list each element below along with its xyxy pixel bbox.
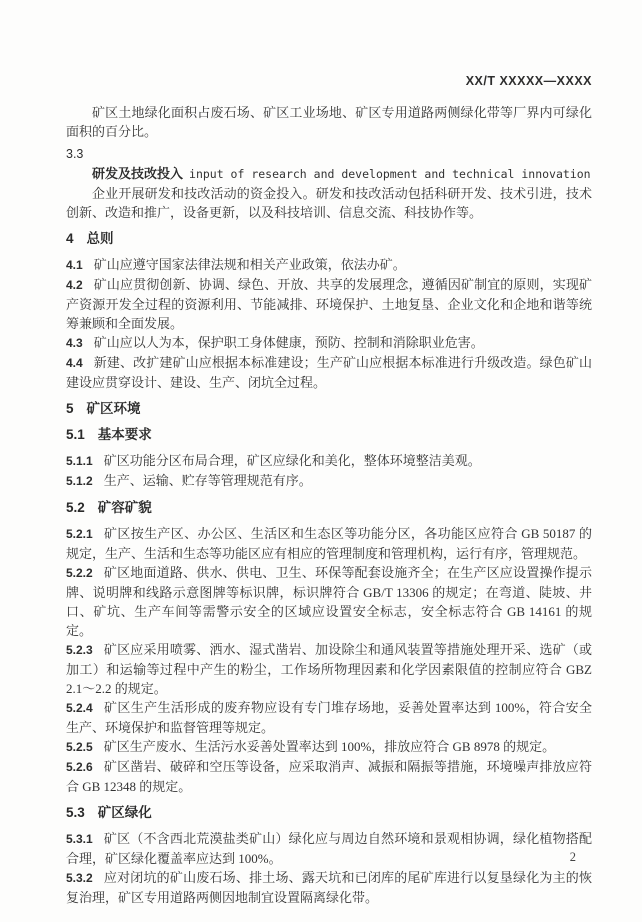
clause-number: 5.1.2 bbox=[66, 474, 93, 488]
definition-continuation-paragraph: 矿区土地绿化面积占废石场、矿区工业场地、矿区专用道路两侧绿化带等厂界内可绿化面积… bbox=[66, 103, 592, 141]
clause-text: 矿区功能分区布局合理，矿区应绿化和美化，整体环境整洁美观。 bbox=[104, 453, 481, 468]
subsection-title: 矿区绿化 bbox=[98, 805, 152, 820]
section-title: 总则 bbox=[87, 231, 114, 246]
subsection-number: 5.2 bbox=[66, 500, 85, 515]
clause-number: 5.2.4 bbox=[66, 701, 93, 715]
term-english: input of research and development and te… bbox=[189, 167, 591, 181]
clause-text: 矿区生产废水、生活污水妥善处置率达到 100%，排放应符合 GB 8978 的规… bbox=[104, 739, 555, 754]
section-heading-5: 5矿区环境 bbox=[66, 399, 592, 418]
clause-text: 矿区应采用喷雾、洒水、湿式凿岩、加设除尘和通风装置等措施处理开采、选矿（或加工）… bbox=[66, 642, 592, 696]
section-number: 4 bbox=[66, 231, 74, 246]
subsection-number: 5.1 bbox=[66, 427, 85, 442]
clause-text: 矿山应贯彻创新、协调、绿色、开放、共享的发展理念，遵循因矿制宜的原则，实现矿产资… bbox=[66, 277, 592, 331]
term-definition-paragraph: 企业开展研发和技改活动的资金投入。研发和技改活动包括科研开发、技术引进，技术创新… bbox=[66, 184, 592, 222]
subsection-heading-5-3: 5.3矿区绿化 bbox=[66, 803, 592, 822]
clause-5-2-2: 5.2.2矿区地面道路、供水、供电、卫生、环保等配套设施齐全；在生产区应设置操作… bbox=[66, 563, 592, 640]
subsection-title: 基本要求 bbox=[98, 427, 152, 442]
clause-5-3-2: 5.3.2应对闭坑的矿山废石场、排土场、露天坑和已闭库的尾矿库进行以复垦绿化为主… bbox=[66, 868, 592, 907]
clause-text: 矿区凿岩、破碎和空压等设备，应采取消声、减振和隔振等措施，环境噪声排放应符合 G… bbox=[66, 759, 592, 794]
clause-4-4: 4.4新建、改扩建矿山应根据本标准建设；生产矿山应根据本标准进行升级改造。绿色矿… bbox=[66, 353, 592, 392]
clause-text: 矿山应以人为本，保护职工身体健康，预防、控制和消除职业危害。 bbox=[94, 335, 484, 350]
clause-text: 矿区（不含西北荒漠盐类矿山）绿化应与周边自然环境和景观相协调，绿化植物搭配合理，… bbox=[66, 831, 592, 866]
clause-number: 5.2.2 bbox=[66, 566, 93, 580]
clause-number: 5.1.1 bbox=[66, 454, 93, 468]
clause-number: 4.1 bbox=[66, 258, 83, 272]
term-heading-3-3: 研发及技改投入input of research and development… bbox=[66, 164, 592, 184]
clause-number: 5.2.5 bbox=[66, 740, 93, 754]
clause-number: 4.2 bbox=[66, 278, 83, 292]
subsection-number: 5.3 bbox=[66, 805, 85, 820]
clause-text: 矿区地面道路、供水、供电、卫生、环保等配套设施齐全；在生产区应设置操作提示牌、说… bbox=[66, 565, 592, 638]
clause-4-3: 4.3矿山应以人为本，保护职工身体健康，预防、控制和消除职业危害。 bbox=[66, 333, 592, 353]
subsection-heading-5-1: 5.1基本要求 bbox=[66, 425, 592, 444]
clause-5-2-4: 5.2.4矿区生产生活形成的废弃物应设有专门堆存场地，妥善处置率达到 100%，… bbox=[66, 698, 592, 737]
subsection-title: 矿容矿貌 bbox=[98, 500, 152, 515]
clause-number: 5.3.1 bbox=[66, 832, 93, 846]
clause-number: 4.4 bbox=[66, 356, 83, 370]
clause-5-2-5: 5.2.5矿区生产废水、生活污水妥善处置率达到 100%，排放应符合 GB 89… bbox=[66, 737, 592, 757]
document-page: XX/T XXXXX—XXXX 矿区土地绿化面积占废石场、矿区工业场地、矿区专用… bbox=[0, 0, 642, 922]
clause-5-1-1: 5.1.1矿区功能分区布局合理，矿区应绿化和美化，整体环境整洁美观。 bbox=[66, 451, 592, 471]
term-number-3-3: 3.3 bbox=[66, 145, 592, 164]
clause-5-3-1: 5.3.1矿区（不含西北荒漠盐类矿山）绿化应与周边自然环境和景观相协调，绿化植物… bbox=[66, 829, 592, 868]
subsection-heading-5-2: 5.2矿容矿貌 bbox=[66, 498, 592, 517]
clause-number: 5.2.3 bbox=[66, 643, 93, 657]
clause-text: 矿区生产生活形成的废弃物应设有专门堆存场地，妥善处置率达到 100%，符合安全生… bbox=[66, 700, 592, 735]
clause-text: 矿区按生产区、办公区、生活区和生态区等功能分区，各功能区应符合 GB 50187… bbox=[66, 526, 592, 561]
clause-5-2-1: 5.2.1矿区按生产区、办公区、生活区和生态区等功能分区，各功能区应符合 GB … bbox=[66, 524, 592, 563]
clause-4-1: 4.1矿山应遵守国家法律法规和相关产业政策，依法办矿。 bbox=[66, 255, 592, 275]
clause-text: 新建、改扩建矿山应根据本标准建设；生产矿山应根据本标准进行升级改造。绿色矿山建设… bbox=[66, 355, 592, 390]
clause-number: 5.2.6 bbox=[66, 760, 93, 774]
clause-5-2-3: 5.2.3矿区应采用喷雾、洒水、湿式凿岩、加设除尘和通风装置等措施处理开采、选矿… bbox=[66, 640, 592, 698]
section-number: 5 bbox=[66, 401, 74, 416]
clause-4-2: 4.2矿山应贯彻创新、协调、绿色、开放、共享的发展理念，遵循因矿制宜的原则，实现… bbox=[66, 275, 592, 333]
section-title: 矿区环境 bbox=[87, 401, 141, 416]
term-chinese: 研发及技改投入 bbox=[92, 166, 183, 181]
clause-number: 4.3 bbox=[66, 336, 83, 350]
clause-5-2-6: 5.2.6矿区凿岩、破碎和空压等设备，应采取消声、减振和隔振等措施，环境噪声排放… bbox=[66, 757, 592, 796]
section-heading-4: 4总则 bbox=[66, 229, 592, 248]
page-number: 2 bbox=[570, 850, 576, 865]
standard-code-header: XX/T XXXXX—XXXX bbox=[66, 74, 592, 88]
clause-number: 5.2.1 bbox=[66, 527, 93, 541]
clause-5-1-2: 5.1.2生产、运输、贮存等管理规范有序。 bbox=[66, 471, 592, 491]
clause-text: 矿山应遵守国家法律法规和相关产业政策，依法办矿。 bbox=[94, 257, 406, 272]
clause-text: 应对闭坑的矿山废石场、排土场、露天坑和已闭库的尾矿库进行以复垦绿化为主的恢复治理… bbox=[66, 870, 592, 905]
clause-number: 5.3.2 bbox=[66, 871, 93, 885]
clause-text: 生产、运输、贮存等管理规范有序。 bbox=[104, 473, 312, 488]
